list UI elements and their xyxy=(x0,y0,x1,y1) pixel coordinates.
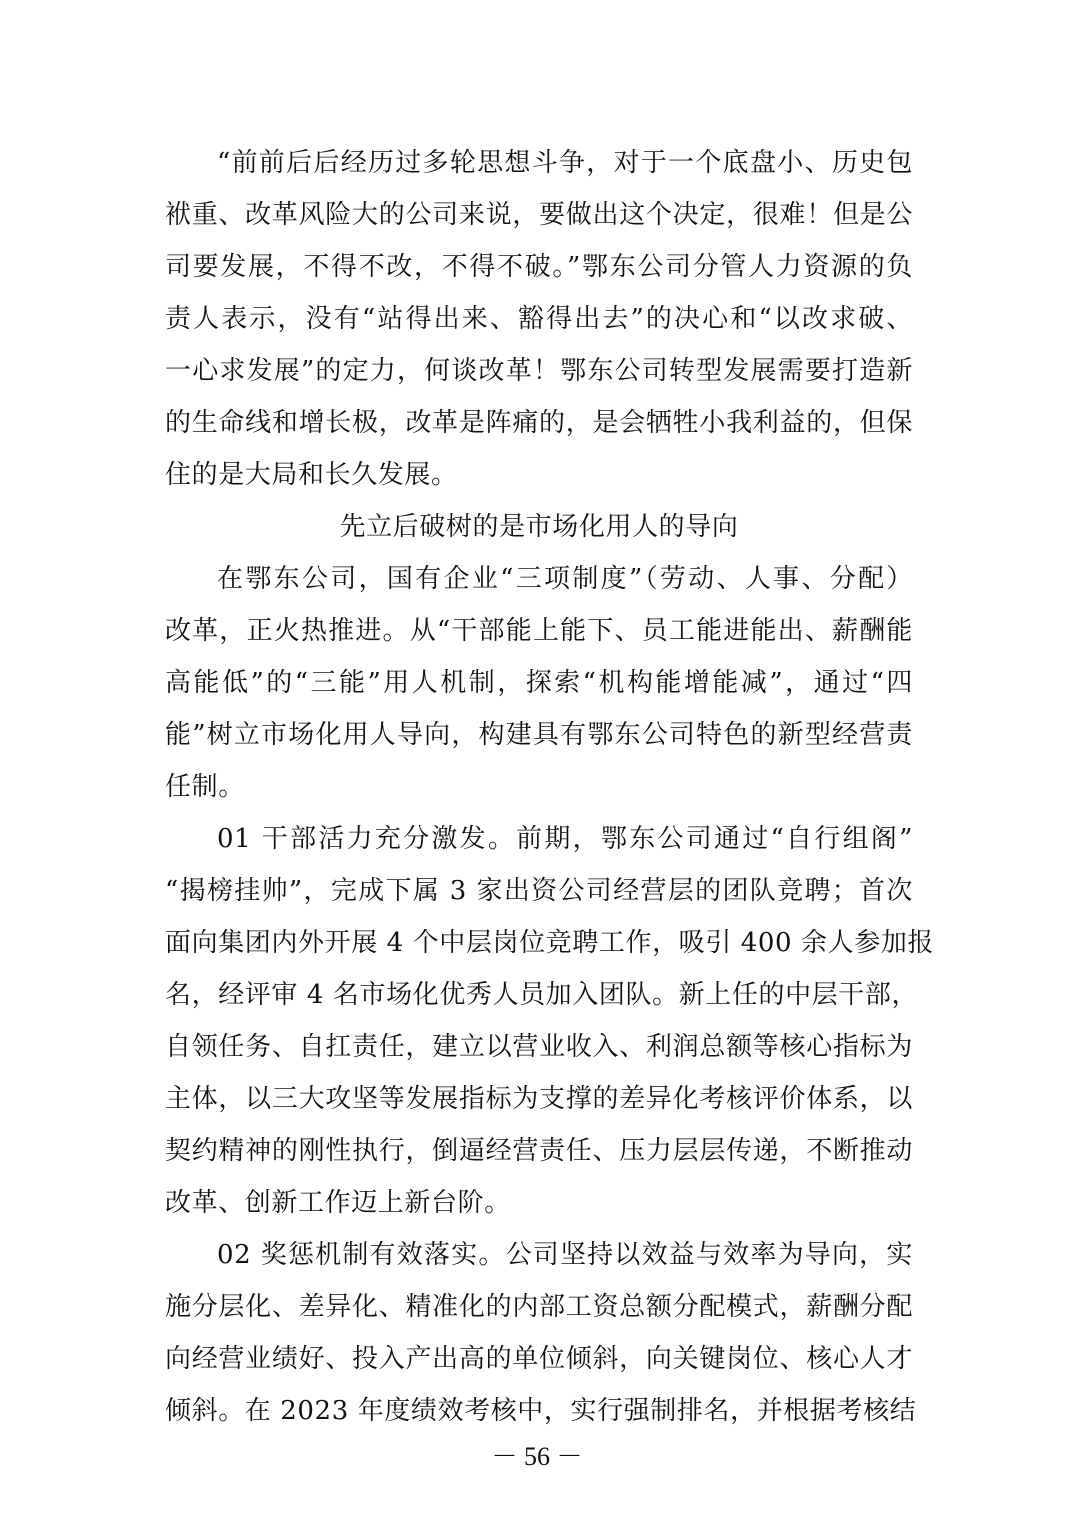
text-line: 能”树立市场化用人导向，构建具有鄂东公司特色的新型经营责 xyxy=(165,709,913,761)
text-line: “揭榜挂帅”，完成下属 3 家出资公司经营层的团队竞聘；首次 xyxy=(165,865,913,917)
text-line: 在鄂东公司，国有企业“三项制度”（劳动、人事、分配） xyxy=(165,553,913,605)
text-line: 住的是大局和长久发展。 xyxy=(165,449,913,501)
text-line: 主体，以三大攻坚等发展指标为支撑的差异化考核评价体系，以 xyxy=(165,1073,913,1125)
text-line: 倾斜。在 2023 年度绩效考核中，实行强制排名，并根据考核结 xyxy=(165,1385,913,1437)
paragraph-quote: “前前后后经历过多轮思想斗争，对于一个底盘小、历史包 袱重、改革风险大的公司来说… xyxy=(165,137,913,501)
text-line: 面向集团内外开展 4 个中层岗位竞聘工作，吸引 400 余人参加报 xyxy=(165,917,913,969)
text-line: 施分层化、差异化、精准化的内部工资总额分配模式，薪酬分配 xyxy=(165,1281,913,1333)
text-line: 01 干部活力充分激发。前期，鄂东公司通过“自行组阁” xyxy=(165,813,913,865)
text-line: 高能低”的“三能”用人机制，探索“机构能增能减”，通过“四 xyxy=(165,657,913,709)
text-line: 一心求发展”的定力，何谈改革！鄂东公司转型发展需要打造新 xyxy=(165,345,913,397)
paragraph-item-02: 02 奖惩机制有效落实。公司坚持以效益与效率为导向，实 施分层化、差异化、精准化… xyxy=(165,1229,913,1437)
text-line: 契约精神的刚性执行，倒逼经营责任、压力层层传递，不断推动 xyxy=(165,1125,913,1177)
text-line: “前前后后经历过多轮思想斗争，对于一个底盘小、历史包 xyxy=(165,137,913,189)
page-body: “前前后后经历过多轮思想斗争，对于一个底盘小、历史包 袱重、改革风险大的公司来说… xyxy=(165,137,913,1437)
text-line: 的生命线和增长极，改革是阵痛的，是会牺牲小我利益的，但保 xyxy=(165,397,913,449)
text-line: 改革、创新工作迈上新台阶。 xyxy=(165,1177,913,1229)
paragraph-intro: 在鄂东公司，国有企业“三项制度”（劳动、人事、分配） 改革，正火热推进。从“干部… xyxy=(165,553,913,813)
text-line: 司要发展，不得不改，不得不破。”鄂东公司分管人力资源的负 xyxy=(165,241,913,293)
text-line: 02 奖惩机制有效落实。公司坚持以效益与效率为导向，实 xyxy=(165,1229,913,1281)
paragraph-item-01: 01 干部活力充分激发。前期，鄂东公司通过“自行组阁” “揭榜挂帅”，完成下属 … xyxy=(165,813,913,1229)
document-page: “前前后后经历过多轮思想斗争，对于一个底盘小、历史包 袱重、改革风险大的公司来说… xyxy=(0,0,1074,1520)
text-line: 责人表示，没有“站得出来、豁得出去”的决心和“以改求破、 xyxy=(165,293,913,345)
text-line: 袱重、改革风险大的公司来说，要做出这个决定，很难！但是公 xyxy=(165,189,913,241)
text-line: 改革，正火热推进。从“干部能上能下、员工能进能出、薪酬能 xyxy=(165,605,913,657)
text-line: 任制。 xyxy=(165,761,913,813)
section-heading: 先立后破树的是市场化用人的导向 xyxy=(165,501,913,553)
text-line: 自领任务、自扛责任，建立以营业收入、利润总额等核心指标为 xyxy=(165,1021,913,1073)
text-line: 名，经评审 4 名市场化优秀人员加入团队。新上任的中层干部， xyxy=(165,969,913,1021)
heading-text: 先立后破树的是市场化用人的导向 xyxy=(165,501,913,553)
text-line: 向经营业绩好、投入产出高的单位倾斜，向关键岗位、核心人才 xyxy=(165,1333,913,1385)
page-number: － 56 － xyxy=(0,1436,1074,1473)
